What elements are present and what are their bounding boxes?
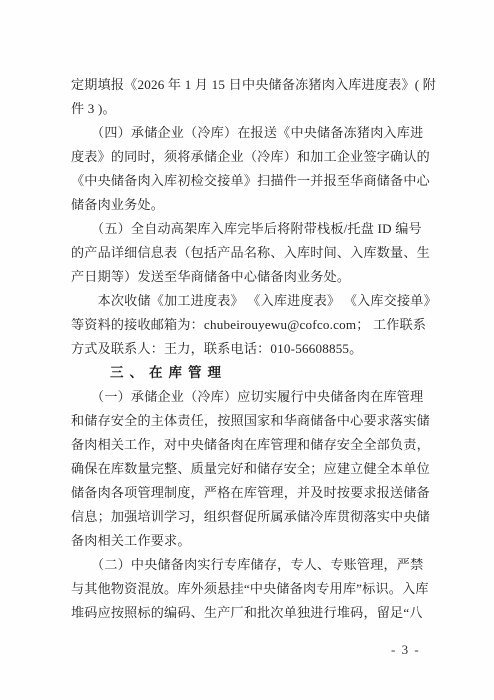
text-line: 三、在库管理 (71, 361, 433, 385)
paragraph: （五）全自动高架库入库完毕后将附带栈板/托盘 ID 编号的产品详细信息表（包括产… (71, 217, 433, 289)
text-line: 《中央储备肉入库初检交接单》扫描件一并报至华商储备中心 (71, 169, 433, 193)
text-line: 本次收储《加工进度表》 《入库进度表》 《入库交接单》 (71, 289, 433, 313)
paragraph: 定期填报《2026 年 1 月 15 日中央储备冻猪肉入库进度表》( 附件 3 … (71, 73, 433, 121)
text-line: 产日期等）发送至华商储备中心储备肉业务处。 (71, 265, 433, 289)
text-line: 件 3 )。 (71, 97, 433, 121)
text-line: （二）中央储备肉实行专库储存，专人、专账管理，严禁 (71, 553, 433, 577)
text-line: 定期填报《2026 年 1 月 15 日中央储备冻猪肉入库进度表》( 附 (71, 73, 433, 97)
text-line: 储备肉各项管理制度，严格在库管理，并及时按要求报送储备 (71, 481, 433, 505)
section-heading: 三、在库管理 (71, 361, 433, 385)
paragraph: （二）中央储备肉实行专库储存，专人、专账管理，严禁与其他物资混放。库外须悬挂“中… (71, 553, 433, 625)
paragraph: 本次收储《加工进度表》 《入库进度表》 《入库交接单》等资料的接收邮箱为：chu… (71, 289, 433, 361)
paragraph: （四）承储企业（冷库）在报送《中央储备冻猪肉入库进度表》的同时，须将承储企业（冷… (71, 121, 433, 217)
text-line: （五）全自动高架库入库完毕后将附带栈板/托盘 ID 编号 (71, 217, 433, 241)
page-number: - 3 - (391, 641, 420, 659)
text-line: 备肉相关工作要求。 (71, 529, 433, 553)
document-page: 定期填报《2026 年 1 月 15 日中央储备冻猪肉入库进度表》( 附件 3 … (0, 0, 494, 700)
text-line: （四）承储企业（冷库）在报送《中央储备冻猪肉入库进 (71, 121, 433, 145)
paragraph: （一）承储企业（冷库）应切实履行中央储备肉在库管理和储存安全的主体责任，按照国家… (71, 385, 433, 553)
text-line: 确保在库数量完整、质量完好和储存安全；应建立健全本单位 (71, 457, 433, 481)
text-line: 备肉相关工作，对中央储备肉在库管理和储存安全全部负责， (71, 433, 433, 457)
text-line: 方式及联系人：王力，联系电话：010-56608855。 (71, 337, 433, 361)
text-line: 和储存安全的主体责任，按照国家和华商储备中心要求落实储 (71, 409, 433, 433)
text-line: 的产品详细信息表（包括产品名称、入库时间、入库数量、生 (71, 241, 433, 265)
text-line: 与其他物资混放。库外须悬挂“中央储备肉专用库”标识。入库 (71, 577, 433, 601)
text-line: 储备肉业务处。 (71, 193, 433, 217)
text-line: （一）承储企业（冷库）应切实履行中央储备肉在库管理 (71, 385, 433, 409)
document-body: 定期填报《2026 年 1 月 15 日中央储备冻猪肉入库进度表》( 附件 3 … (71, 73, 433, 625)
text-line: 度表》的同时，须将承储企业（冷库）和加工企业签字确认的 (71, 145, 433, 169)
text-line: 等资料的接收邮箱为：chubeirouyewu@cofco.com； 工作联系 (71, 313, 433, 337)
text-line: 信息；加强培训学习，组织督促所属承储冷库贯彻落实中央储 (71, 505, 433, 529)
text-line: 堆码应按照标的编码、生产厂和批次单独进行堆码，留足“八 (71, 601, 433, 625)
